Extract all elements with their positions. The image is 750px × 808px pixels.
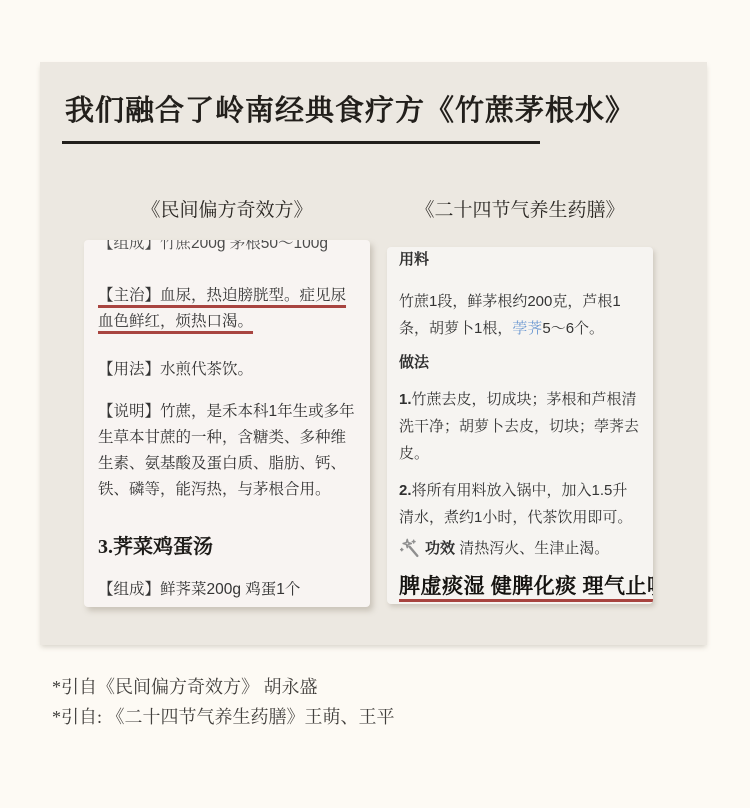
method-step-2: 2.将所有用料放入锅中，加入1.5升清水，煮约1小时，代茶饮用即可。 xyxy=(399,477,641,531)
citation-1: *引自《民间偏方奇效方》 胡永盛 xyxy=(52,672,395,702)
method-step-1: 1.竹蔗去皮，切成块；茅根和芦根清洗干净；胡萝卜去皮，切块；荸荠去皮。 xyxy=(399,386,641,467)
right-column-heading: 《二十四节气养生药膳》 xyxy=(387,195,653,222)
explanation-paragraph: 【说明】竹蔗，是禾本科1年生或多年生草本甘蔗的一种，含糖类、多种维生素、氨基酸及… xyxy=(98,399,356,503)
ingredients-paragraph: 竹蔗1段，鲜茅根约200克，芦根1条，胡萝卜1根，荸荠5～6个。 xyxy=(399,288,641,342)
ingredients-label: 用料 xyxy=(399,249,641,271)
title-divider xyxy=(62,141,540,144)
step-1-text: 竹蔗去皮，切成块；茅根和芦根清洗干净；胡萝卜去皮，切块；荸荠去皮。 xyxy=(399,391,639,462)
step-1-number: 1. xyxy=(399,391,412,408)
ingredients-highlight-word: 荸荠 xyxy=(512,320,542,337)
indication-paragraph: 【主治】血尿，热迫膀胱型。症见尿血色鲜红，烦热口渴。 xyxy=(98,283,356,335)
left-book-excerpt-card: 【组成】竹蔗200g 茅根50～100g 【主治】血尿，热迫膀胱型。症见尿血色鲜… xyxy=(84,240,370,607)
headline-underlined: 脾虚痰湿 健脾化痰 理气止咳 xyxy=(399,572,641,600)
method-label: 做法 xyxy=(399,352,641,374)
page-title: 我们融合了岭南经典食疗方《竹蔗茅根水》 xyxy=(65,88,635,129)
efficacy-line: 功效 清热泻火、生津止渴。 xyxy=(399,535,641,562)
citations-block: *引自《民间偏方奇效方》 胡永盛 *引自: 《二十四节气养生药膳》王萌、王平 xyxy=(52,672,395,732)
step-2-number: 2. xyxy=(399,482,412,499)
indication-underlined-text: 【主治】血尿，热迫膀胱型。症见尿血色鲜红，烦热口渴。 xyxy=(98,287,346,330)
composition-line-cropped: 【组成】竹蔗200g 茅根50～100g xyxy=(98,240,356,257)
left-column-heading: 《民间偏方奇效方》 xyxy=(84,195,370,222)
recipe-title: 3.荠菜鸡蛋汤 xyxy=(98,533,356,561)
right-book-excerpt-card: 用料 竹蔗1段，鲜茅根约200克，芦根1条，胡萝卜1根，荸荠5～6个。 做法 1… xyxy=(387,247,653,604)
magic-wand-icon xyxy=(399,538,421,560)
ingredients-text-after: 5～6个。 xyxy=(542,320,604,337)
composition-paragraph-2: 【组成】鲜荠菜200g 鸡蛋1个 xyxy=(98,577,356,603)
beige-panel: 我们融合了岭南经典食疗方《竹蔗茅根水》 《民间偏方奇效方》 《二十四节气养生药膳… xyxy=(40,62,707,645)
efficacy-label: 功效 xyxy=(425,540,455,557)
step-2-text: 将所有用料放入锅中，加入1.5升清水，煮约1小时，代茶饮用即可。 xyxy=(399,482,632,526)
efficacy-text: 清热泻火、生津止渴。 xyxy=(459,540,609,557)
citation-2: *引自: 《二十四节气养生药膳》王萌、王平 xyxy=(52,702,395,732)
usage-paragraph: 【用法】水煎代茶饮。 xyxy=(98,357,356,383)
